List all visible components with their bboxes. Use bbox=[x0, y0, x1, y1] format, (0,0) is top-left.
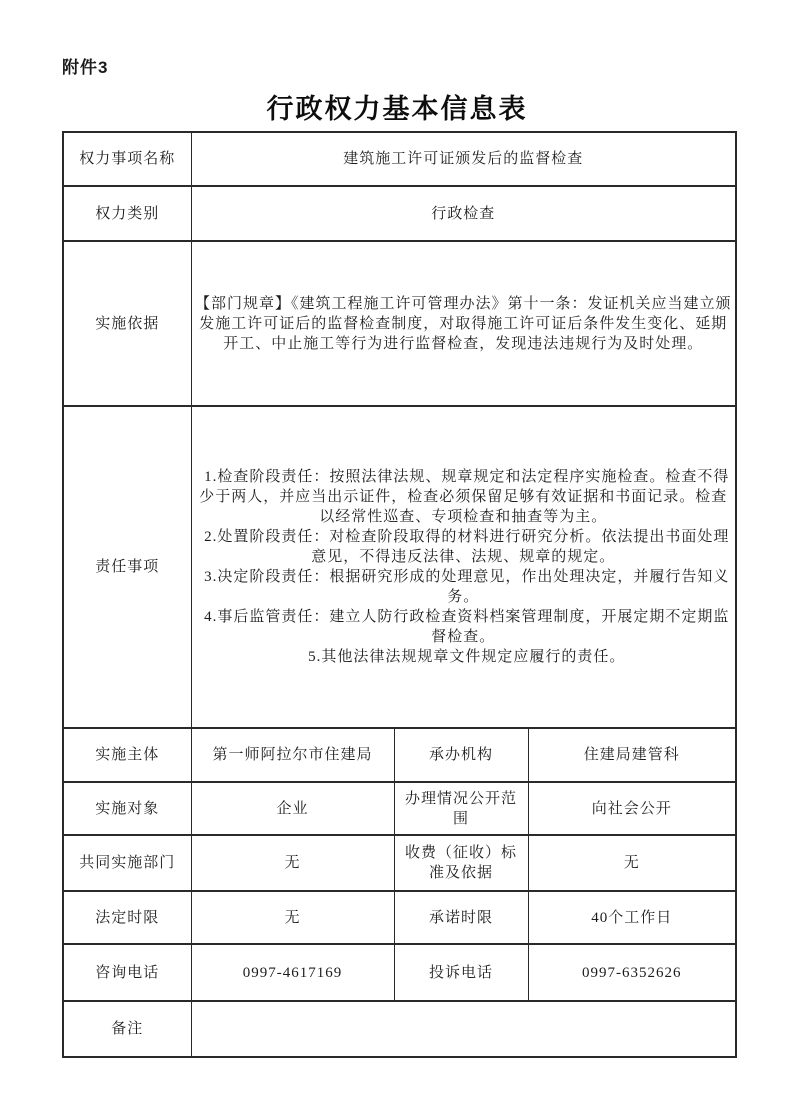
duty-item-5: 5.其他法律法规规章文件规定应履行的责任。 bbox=[195, 647, 733, 667]
attachment-label: 附件3 bbox=[62, 53, 108, 78]
table-row-phone: 咨询电话 0997-4617169 投诉电话 0997-6352626 bbox=[63, 944, 736, 1001]
info-table: 权力事项名称 建筑施工许可证颁发后的监督检查 权力类别 行政检查 实施依据 【部… bbox=[62, 131, 737, 1058]
duty-value: 1.检查阶段责任：按照法律法规、规章规定和法定程序实施检查。检查不得少于两人，并… bbox=[191, 406, 736, 728]
joint-dept-label: 共同实施部门 bbox=[63, 835, 191, 891]
disclosure-scope-value: 向社会公开 bbox=[528, 782, 736, 835]
complaint-phone-value: 0997-6352626 bbox=[528, 944, 736, 1001]
table-row-target: 实施对象 企业 办理情况公开范围 向社会公开 bbox=[63, 782, 736, 835]
consult-phone-value: 0997-4617169 bbox=[191, 944, 394, 1001]
duty-item-2: 2.处置阶段责任：对检查阶段取得的材料进行研究分析。依法提出书面处理意见，不得违… bbox=[195, 527, 733, 567]
document-page: 附件3 行政权力基本信息表 权力事项名称 建筑施工许可证颁发后的监督检查 权力类… bbox=[0, 0, 794, 1108]
handling-org-label: 承办机构 bbox=[394, 728, 528, 782]
page-title: 行政权力基本信息表 bbox=[0, 87, 794, 126]
target-value: 企业 bbox=[191, 782, 394, 835]
category-label: 权力类别 bbox=[63, 186, 191, 241]
duty-item-1: 1.检查阶段责任：按照法律法规、规章规定和法定程序实施检查。检查不得少于两人，并… bbox=[195, 467, 733, 527]
table-row-category: 权力类别 行政检查 bbox=[63, 186, 736, 241]
implementer-value: 第一师阿拉尔市住建局 bbox=[191, 728, 394, 782]
duty-label: 责任事项 bbox=[63, 406, 191, 728]
joint-dept-value: 无 bbox=[191, 835, 394, 891]
basis-paragraph: 【部门规章】《建筑工程施工许可管理办法》第十一条：发证机关应当建立颁发施工许可证… bbox=[195, 294, 733, 354]
fee-standard-label: 收费（征收）标准及依据 bbox=[394, 835, 528, 891]
item-name-label: 权力事项名称 bbox=[63, 132, 191, 186]
handling-org-value: 住建局建管科 bbox=[528, 728, 736, 782]
complaint-phone-label: 投诉电话 bbox=[394, 944, 528, 1001]
item-name-value: 建筑施工许可证颁发后的监督检查 bbox=[191, 132, 736, 186]
target-label: 实施对象 bbox=[63, 782, 191, 835]
table-row-basis: 实施依据 【部门规章】《建筑工程施工许可管理办法》第十一条：发证机关应当建立颁发… bbox=[63, 241, 736, 406]
basis-value: 【部门规章】《建筑工程施工许可管理办法》第十一条：发证机关应当建立颁发施工许可证… bbox=[191, 241, 736, 406]
table-row-item-name: 权力事项名称 建筑施工许可证颁发后的监督检查 bbox=[63, 132, 736, 186]
table-row-joint: 共同实施部门 无 收费（征收）标准及依据 无 bbox=[63, 835, 736, 891]
basis-label: 实施依据 bbox=[63, 241, 191, 406]
remark-label: 备注 bbox=[63, 1001, 191, 1057]
duty-item-3: 3.决定阶段责任：根据研究形成的处理意见，作出处理决定，并履行告知义务。 bbox=[195, 567, 733, 607]
legal-limit-label: 法定时限 bbox=[63, 891, 191, 944]
duty-item-4: 4.事后监管责任：建立人防行政检查资料档案管理制度，开展定期不定期监督检查。 bbox=[195, 607, 733, 647]
table-row-time-limit: 法定时限 无 承诺时限 40个工作日 bbox=[63, 891, 736, 944]
table-row-remark: 备注 bbox=[63, 1001, 736, 1057]
legal-limit-value: 无 bbox=[191, 891, 394, 944]
consult-phone-label: 咨询电话 bbox=[63, 944, 191, 1001]
promised-limit-value: 40个工作日 bbox=[528, 891, 736, 944]
table-row-duty: 责任事项 1.检查阶段责任：按照法律法规、规章规定和法定程序实施检查。检查不得少… bbox=[63, 406, 736, 728]
table-row-implementer: 实施主体 第一师阿拉尔市住建局 承办机构 住建局建管科 bbox=[63, 728, 736, 782]
category-value: 行政检查 bbox=[191, 186, 736, 241]
disclosure-scope-label: 办理情况公开范围 bbox=[394, 782, 528, 835]
implementer-label: 实施主体 bbox=[63, 728, 191, 782]
promised-limit-label: 承诺时限 bbox=[394, 891, 528, 944]
remark-value bbox=[191, 1001, 736, 1057]
fee-standard-value: 无 bbox=[528, 835, 736, 891]
